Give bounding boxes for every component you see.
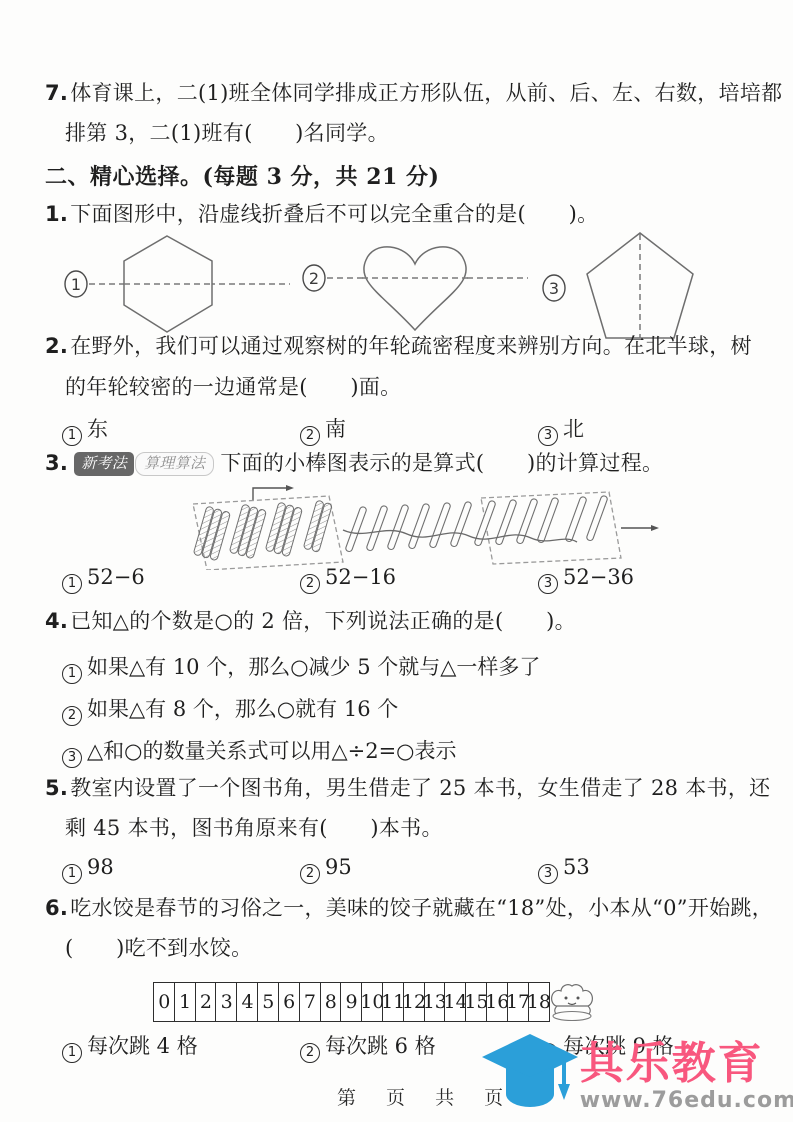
number-cell: 5 bbox=[257, 982, 280, 1022]
watermark-url: www.76edu.com bbox=[580, 1088, 793, 1113]
dumpling-character-icon bbox=[550, 972, 596, 1022]
circled-number: 2 bbox=[300, 574, 320, 594]
shape-option-hexagon: 1 bbox=[62, 232, 302, 338]
section-2-score-note: (每题 3 分，共 21 分) bbox=[203, 164, 440, 190]
question-7-line-2: 排第 3，二(1)班有( )名同学。 bbox=[65, 120, 389, 146]
option: 152−6 bbox=[62, 565, 300, 594]
pentagon-figure-icon: 3 bbox=[540, 228, 740, 344]
option: 1东 bbox=[62, 413, 300, 446]
number-cell: 1 bbox=[174, 982, 197, 1022]
circled-number: 3 bbox=[538, 574, 558, 594]
question-3-number: 3. bbox=[45, 451, 68, 475]
number-cell: 18 bbox=[528, 982, 551, 1022]
number-cell: 7 bbox=[299, 982, 322, 1022]
question-5-line-2: 剩 45 本书，图书角原来有( )本书。 bbox=[65, 815, 443, 841]
circled-number: 3 bbox=[538, 426, 558, 446]
question-7-number: 7. bbox=[45, 81, 68, 105]
option: 198 bbox=[62, 855, 300, 884]
question-4-number: 4. bbox=[45, 609, 68, 633]
number-strip: 0 1 2 3 4 5 6 7 8 9 10 11 12 13 14 15 16… bbox=[153, 972, 596, 1022]
question-4-option-1: 1如果△有 10 个，那么○减少 5 个就与△一样多了 bbox=[62, 651, 540, 684]
watermark-brand: 其乐教育 bbox=[580, 1042, 793, 1086]
question-7-line-1: 7.体育课上，二(1)班全体同学排成正方形队伍，从前、后、左、右数，培培都 bbox=[45, 80, 782, 106]
question-4-option-2: 2如果△有 8 个，那么○就有 16 个 bbox=[62, 693, 398, 726]
stick-bundle-diagram bbox=[185, 484, 665, 570]
hexagon-figure-icon: 1 bbox=[62, 232, 302, 338]
circled-number: 2 bbox=[300, 426, 320, 446]
question-1-number: 1. bbox=[45, 202, 68, 226]
exam-content: 7.体育课上，二(1)班全体同学排成正方形队伍，从前、后、左、右数，培培都 排第… bbox=[45, 0, 760, 1122]
number-cell: 0 bbox=[153, 982, 176, 1022]
graduation-cap-icon bbox=[482, 1034, 578, 1118]
option: 352−36 bbox=[538, 565, 776, 594]
circled-number: 1 bbox=[62, 426, 82, 446]
circled-number: 3 bbox=[538, 864, 558, 884]
option: 1每次跳 4 格 bbox=[62, 1030, 300, 1063]
circled-number: 2 bbox=[300, 1043, 320, 1063]
exam-page: 7.体育课上，二(1)班全体同学排成正方形队伍，从前、后、左、右数，培培都 排第… bbox=[0, 0, 793, 1122]
option: 3北 bbox=[538, 413, 776, 446]
shape-option-pentagon: 3 bbox=[540, 228, 740, 344]
circled-number: 1 bbox=[62, 864, 82, 884]
watermark: 其乐教育 www.76edu.com bbox=[482, 1034, 793, 1118]
option: 295 bbox=[300, 855, 538, 884]
number-cell: 6 bbox=[278, 982, 301, 1022]
circled-number: 2 bbox=[300, 864, 320, 884]
calculation-method-badge: 算理算法 bbox=[135, 452, 214, 476]
question-3-line: 3.新考法算理算法下面的小棒图表示的是算式( )的计算过程。 bbox=[45, 450, 663, 476]
shape-option-heart: 2 bbox=[300, 232, 540, 338]
circled-number: 1 bbox=[62, 664, 82, 684]
shape-1-label: 1 bbox=[71, 275, 81, 294]
question-3-options: 152−6 252−16 352−36 bbox=[62, 565, 776, 594]
question-5-number: 5. bbox=[45, 776, 68, 800]
option: 2南 bbox=[300, 413, 538, 446]
question-5-options: 198 295 353 bbox=[62, 855, 776, 884]
shape-2-label: 2 bbox=[309, 269, 319, 288]
question-4-text: 4.已知△的个数是○的 2 倍，下列说法正确的是( )。 bbox=[45, 608, 576, 634]
question-5-line-1: 5.教室内设置了一个图书角，男生借走了 25 本书，女生借走了 28 本书，还 bbox=[45, 775, 770, 801]
question-6-line-2: ( )吃不到水饺。 bbox=[65, 935, 252, 961]
circled-number: 1 bbox=[62, 1043, 82, 1063]
circled-number: 2 bbox=[62, 706, 82, 726]
question-2-options: 1东 2南 3北 bbox=[62, 413, 776, 446]
shape-3-label: 3 bbox=[549, 279, 559, 298]
question-4-option-3: 3△和○的数量关系式可以用△÷2=○表示 bbox=[62, 735, 457, 768]
circled-number: 1 bbox=[62, 574, 82, 594]
option: 353 bbox=[538, 855, 776, 884]
number-cell: 3 bbox=[215, 982, 238, 1022]
question-6-line-1: 6.吃水饺是春节的习俗之一，美味的饺子就藏在“18”处，小本从“0”开始跳， bbox=[45, 895, 773, 921]
question-1-text: 1.下面图形中，沿虚线折叠后不可以完全重合的是( )。 bbox=[45, 201, 598, 227]
question-2-line-2: 的年轮较密的一边通常是( )面。 bbox=[65, 374, 401, 400]
number-cell: 2 bbox=[195, 982, 218, 1022]
number-cell: 8 bbox=[320, 982, 343, 1022]
question-6-number: 6. bbox=[45, 896, 68, 920]
section-2-heading: 二、精心选择。(每题 3 分，共 21 分) bbox=[45, 160, 439, 191]
question-2-line-1: 2.在野外，我们可以通过观察树的年轮疏密程度来辨别方向。在北半球，树 bbox=[45, 333, 752, 359]
watermark-text: 其乐教育 www.76edu.com bbox=[580, 1042, 793, 1113]
number-cell: 4 bbox=[236, 982, 259, 1022]
heart-figure-icon: 2 bbox=[300, 232, 540, 338]
stick-diagram-icon bbox=[185, 484, 665, 570]
new-exam-style-badge: 新考法 bbox=[74, 452, 134, 476]
circled-number: 3 bbox=[62, 748, 82, 768]
option: 252−16 bbox=[300, 565, 538, 594]
question-2-number: 2. bbox=[45, 334, 68, 358]
